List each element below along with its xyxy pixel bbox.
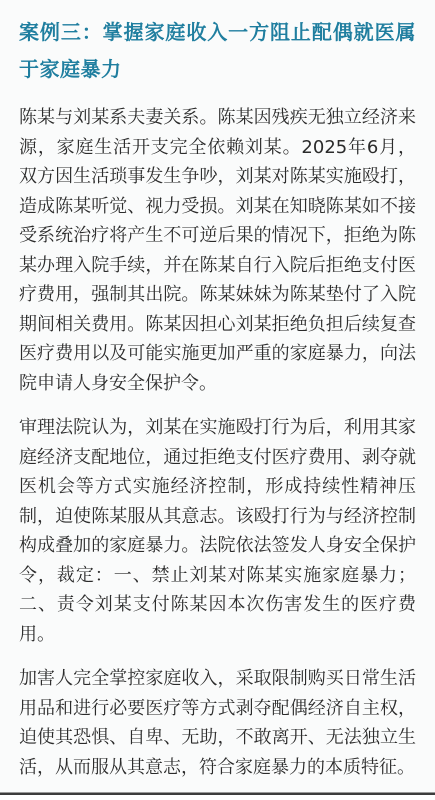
article-paragraph-commentary: 加害人完全掌控家庭收入，采取限制购买日常生活用品和进行必要医疗等方式剥夺配偶经济… <box>19 664 416 782</box>
article-paragraph-court-ruling: 审理法院认为，刘某在实施殴打行为后，利用其家庭经济支配地位，通过拒绝支付医疗费用… <box>19 413 416 649</box>
article-content: 案例三：掌握家庭收入一方阻止配偶就医属于家庭暴力 陈某与刘某系夫妻关系。陈某因残… <box>0 0 435 782</box>
article-paragraph-facts: 陈某与刘某系夫妻关系。陈某因残疾无独立经济来源，家庭生活开支完全依赖刘某。202… <box>19 103 416 398</box>
footer-strip <box>0 795 435 800</box>
article-title: 案例三：掌握家庭收入一方阻止配偶就医属于家庭暴力 <box>19 14 416 88</box>
article-view: 案例三：掌握家庭收入一方阻止配偶就医属于家庭暴力 陈某与刘某系夫妻关系。陈某因残… <box>0 0 435 800</box>
